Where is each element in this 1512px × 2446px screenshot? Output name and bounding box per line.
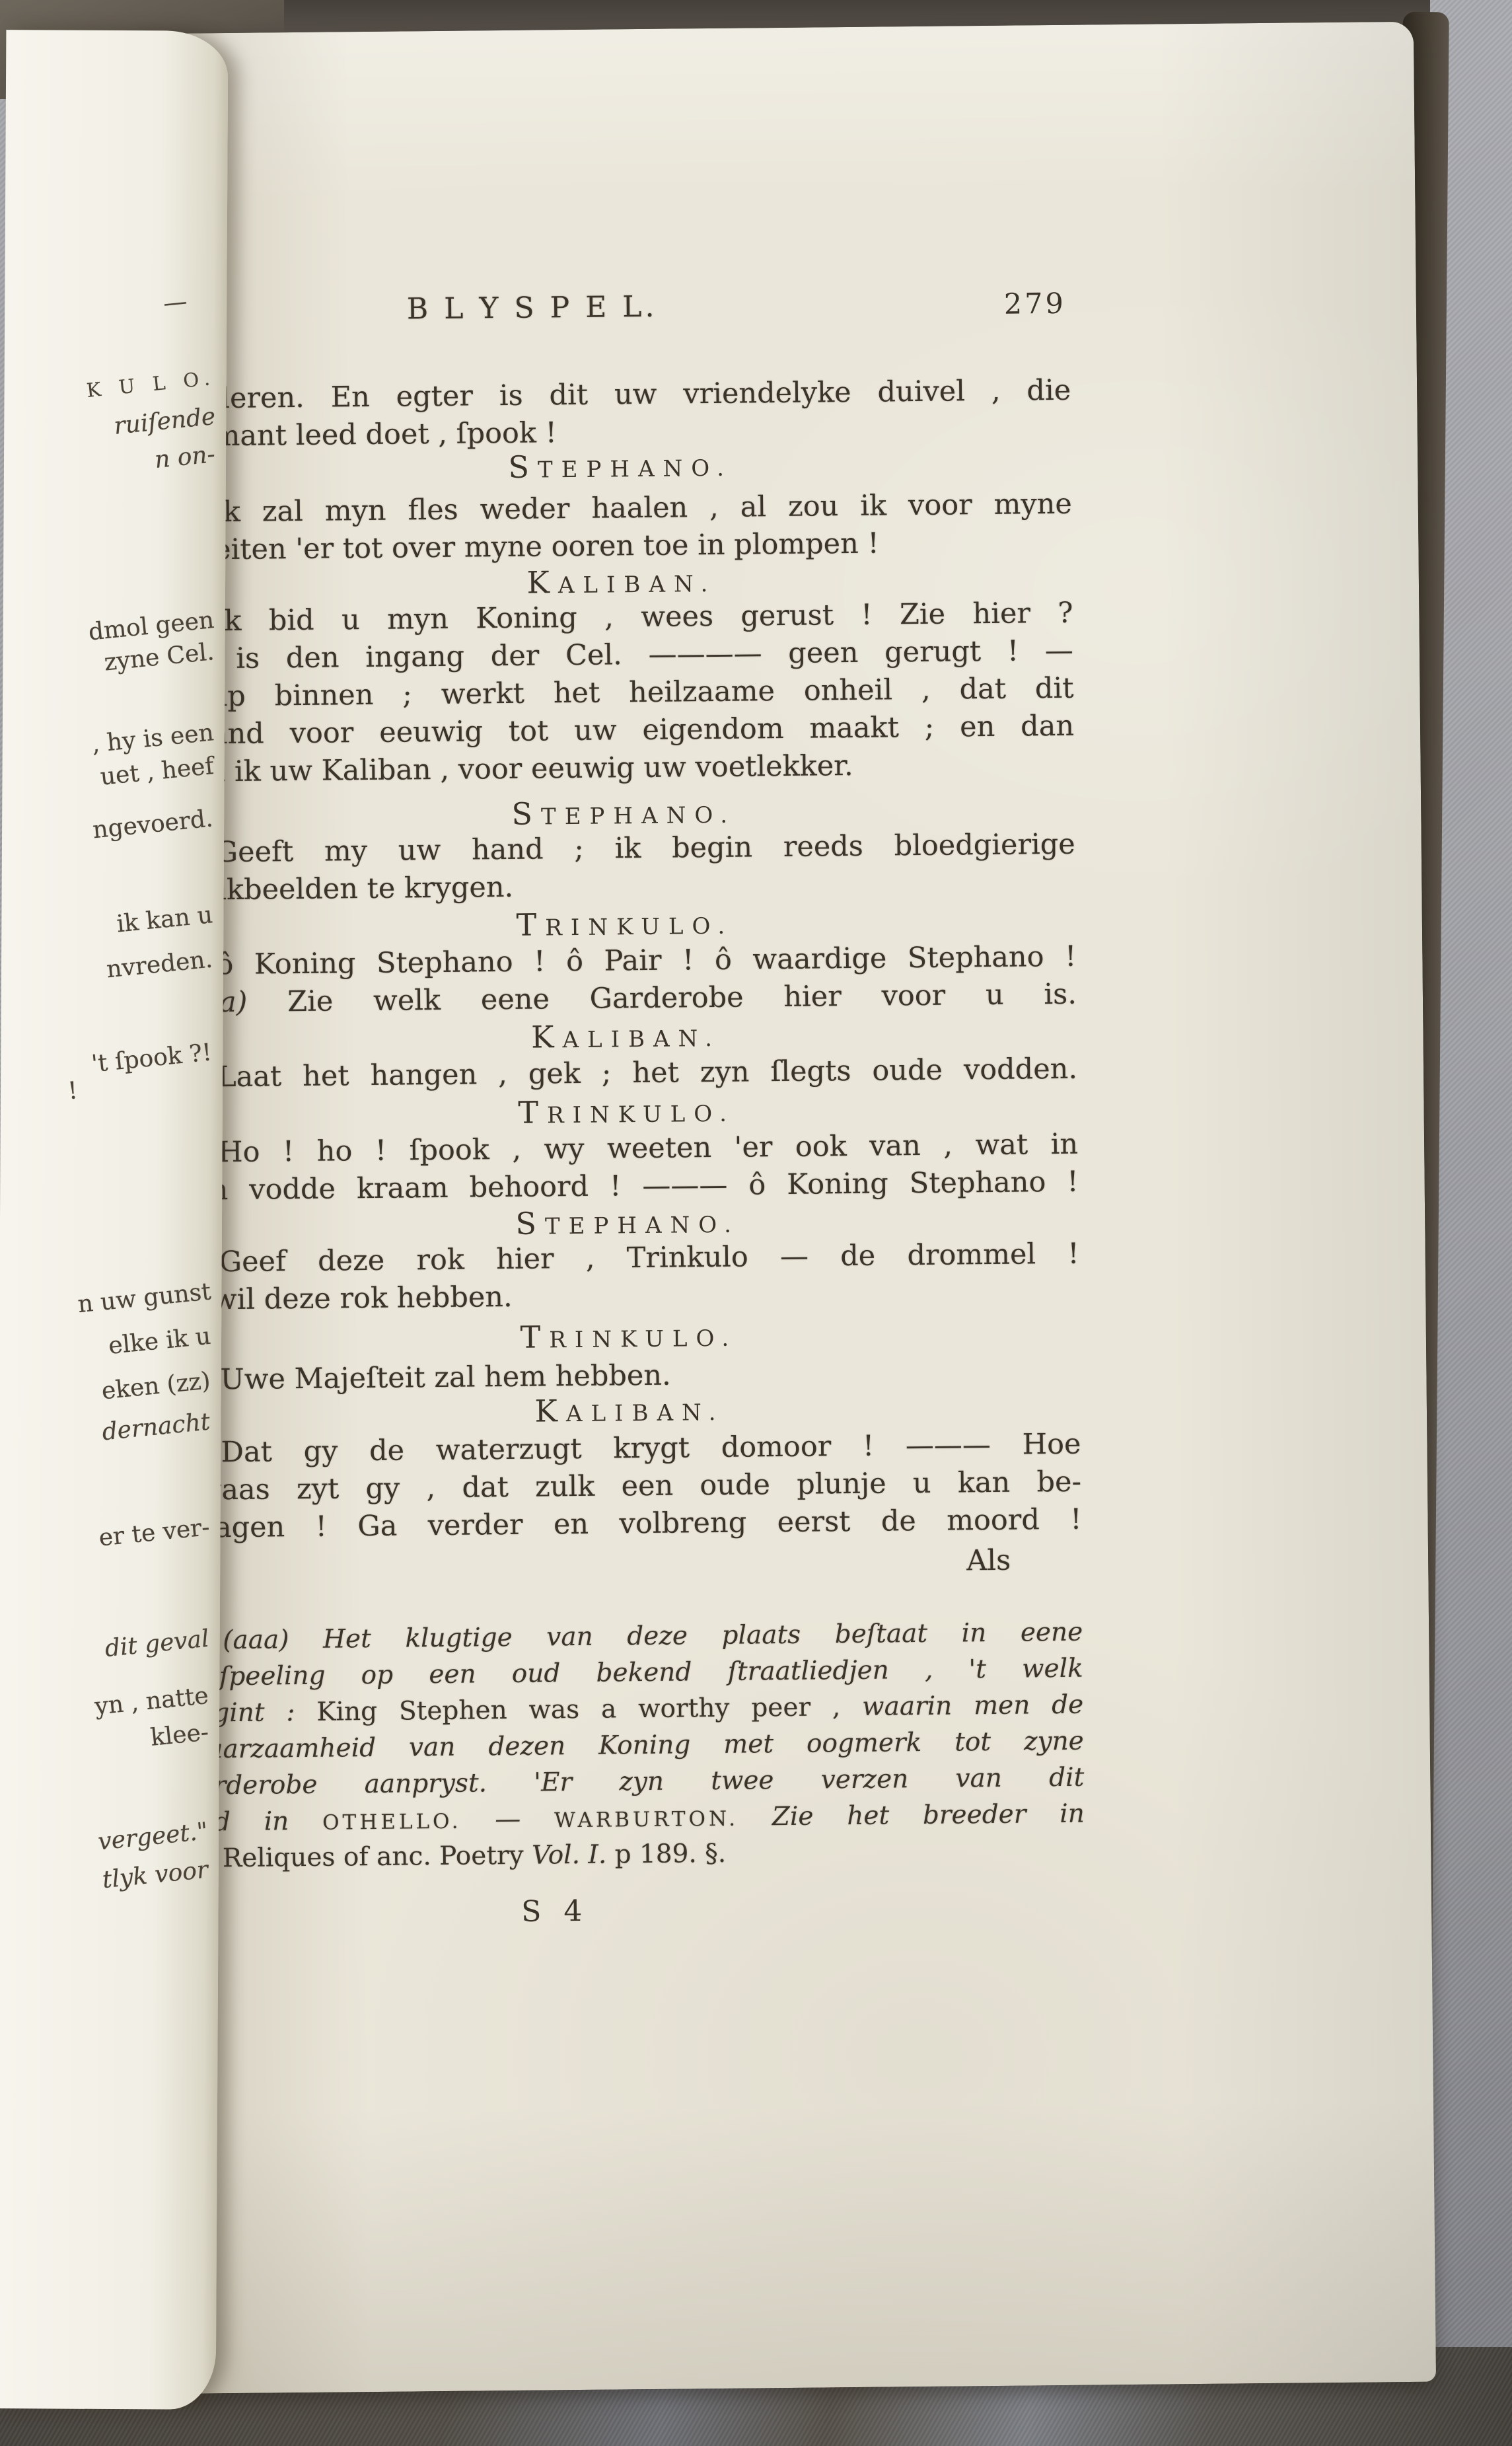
dialogue-paragraph: klederen. En egter is dit uw vriendelyke… [168,372,1071,456]
signature-mark: S 4 [521,1894,589,1929]
facing-page-fragment: ngevoerd. [92,805,215,844]
facing-page-fragment: — [162,289,188,317]
dialogue-line: haagen ! Ga verder en volbreng eerst de … [179,1501,1081,1547]
dialogue-line: ik wil deze rok hebben. [177,1273,1079,1319]
facing-page-fragment: ik kan u [116,902,214,938]
facing-page-edge: — K U L O. ruiſende n on- dmol geen zyne… [0,30,228,2410]
facing-page-fragment: n uw gunst [76,1279,211,1318]
footnote: (aaa) Het klugtige van deze plaats beſta… [180,1614,1085,1877]
facing-page-fragment: n on- [154,441,217,474]
book-page: B L Y S P E L. 279 klederen. En egter is… [131,22,1436,2394]
facing-page-fragment: ruiſende [113,404,217,440]
speaker-heading-trinkulo: TRINKULO. [178,1314,1080,1359]
facing-page-fragment: K U L O. [85,365,217,404]
facing-page-fragment: eken (zz) [100,1368,211,1405]
facing-page-fragment: 't ſpook ?! [90,1039,213,1078]
facing-page-fragment: , hy is een [90,720,215,758]
dialogue-paragraph: Ho ! ho ! ſpook , wy weeten 'er ook van … [176,1126,1079,1210]
dialogue-paragraph: Geef deze rok hier , Trinkulo — de dromm… [176,1236,1079,1319]
facing-page-fragment: vergeet." [97,1818,209,1855]
facing-page-fragment: er te ver- [98,1514,211,1552]
dialogue-line: ben ik uw Kaliban , voor eeuwig uw voetl… [172,745,1074,792]
facing-page-fragment: ! [67,1078,79,1105]
page-header: B L Y S P E L. 279 [168,286,1071,337]
page-number: 279 [1004,287,1067,321]
book-photo: B L Y S P E L. 279 klederen. En egter is… [0,0,1512,2446]
speaker-heading-stephano: STEPHANO. [169,443,1071,489]
facing-page-fragment: uet , heef [99,753,215,791]
dialogue-paragraph: Geeft my uw hand ; ik begin reeds bloedg… [173,826,1076,910]
dialogue-paragraph: Ik bid u myn Koning , wees gerust ! Zie … [170,595,1075,792]
quoted-song-title: King Stephen was a worthy peer , [316,1692,840,1727]
facing-page-fragment: elke ik u [107,1323,212,1360]
footnote-line: de Reliques of anc. Poetry Vol. I. p 189… [182,1832,1085,1877]
catchword: Als [180,1541,1082,1588]
author-warburton: WARBURTON. [554,1807,738,1833]
facing-page-fragment: dernacht [101,1409,211,1446]
work-title-othello: OTHELLO. [322,1810,462,1835]
facing-page-fragment: dit geval [104,1626,210,1663]
facing-page-fragment: tlyk voor [101,1857,209,1894]
running-title: B L Y S P E L. [407,290,658,326]
catchword-row: Als [180,1541,1082,1588]
facing-page-fragment: nvreden. [105,946,213,983]
facing-page-fragment: zyne Cel. [103,639,215,676]
dialogue-paragraph: Dat gy de waterzugt krygt domoor ! ——— H… [178,1426,1082,1547]
facing-page-fragment: yn , natte [94,1683,210,1721]
dialogue-paragraph: Ik zal myn fles weder haalen , al zou ik… [170,486,1073,570]
dialogue-paragraph: ô Koning Stephano ! ô Pair ! ô waardige … [174,938,1077,1022]
speaker-heading-kaliban: KALIBAN. [178,1388,1081,1433]
facing-page-fragment: klee- [149,1719,210,1752]
